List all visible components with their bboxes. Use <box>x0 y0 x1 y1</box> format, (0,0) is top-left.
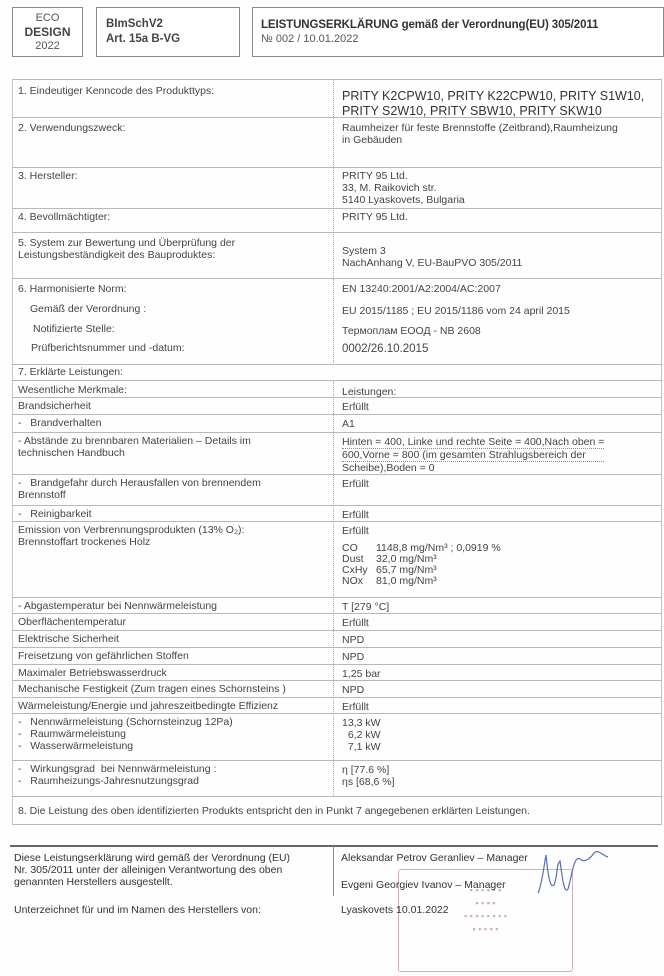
performance-value-line: Erfüllt <box>342 701 369 713</box>
characteristic-label: - Reinigbarkeit <box>18 508 92 520</box>
place-date: Lyaskovets 10.01.2022 <box>341 904 449 916</box>
s6-report-value: 0002/26.10.2015 <box>342 343 428 355</box>
row-divider <box>12 414 662 415</box>
column-divider <box>333 381 334 796</box>
performance-value-line: Erfüllt <box>342 525 501 537</box>
performance-value: Hinten = 400, Linke und rechte Seite = 4… <box>342 436 604 475</box>
footer-statement: Diese Leistungserklärung wird gemäß der … <box>14 852 290 888</box>
characteristic-label-line: - Raumheizungs-Jahresnutzungsgrad <box>18 775 216 787</box>
row-divider <box>12 521 662 522</box>
performance-value-line: A1 <box>342 418 355 430</box>
performance-value: Erfüllt <box>342 509 369 521</box>
characteristic-label: Brandsicherheit <box>18 400 91 412</box>
characteristic-label-line: Wärmeleistung/Energie und jahreszeitbedi… <box>18 700 278 712</box>
eco-line-1: ECO <box>13 11 82 25</box>
signatory-1: Aleksandar Petrov Geranliev – Manager <box>341 852 528 864</box>
row-divider <box>12 167 662 168</box>
s3-value-line: 5140 Lyaskovets, Bulgaria <box>342 194 465 206</box>
characteristic-label-line: - Brandgefahr durch Herausfallen von bre… <box>18 477 261 489</box>
row-divider <box>12 117 662 118</box>
characteristic-label-line: Oberflächentemperatur <box>18 616 126 628</box>
row-divider <box>12 697 662 698</box>
characteristic-label-line: - Wasserwärmeleistung <box>18 740 233 752</box>
s7-label: 7. Erklärte Leistungen: <box>18 366 123 378</box>
performance-value-line: T [279 °C] <box>342 601 389 613</box>
s6-regulation-value: EU 2015/1185 ; EU 2015/1186 vom 24 april… <box>342 305 570 317</box>
s6-report-label: Prüfberichtsnummer und -datum: <box>31 342 184 354</box>
row-divider <box>12 278 662 279</box>
performance-value-line: 13,3 kW <box>342 717 381 729</box>
row-divider <box>12 364 662 365</box>
s2-value-line: in Gebäuden <box>342 134 618 146</box>
performance-value: η [77.6 %]ηs [68,6 %] <box>342 764 395 788</box>
performance-value: NPD <box>342 651 364 663</box>
footer-column-divider <box>333 846 334 896</box>
performance-value: Erfüllt <box>342 617 369 629</box>
performance-value-line: NPD <box>342 634 364 646</box>
s3-value: PRITY 95 Ltd. 33, M. Raikovich str. 5140… <box>342 170 465 206</box>
emission-row: NOx81,0 mg/Nm³ <box>342 576 501 587</box>
column-divider <box>333 279 334 365</box>
s1-label: 1. Eindeutiger Kenncode des Produkttyps: <box>18 85 214 97</box>
s2-value-line: Raumheizer für feste Brennstoffe (Zeitbr… <box>342 122 618 134</box>
s6-label: 6. Harmonisierte Norm: <box>18 283 127 295</box>
s6-body-value: Термоплам ЕООД - NB 2608 <box>342 325 481 337</box>
norm-line-2: Art. 15a B-VG <box>106 32 239 47</box>
row-divider <box>12 208 662 209</box>
column-divider <box>333 80 334 285</box>
row-divider <box>12 680 662 681</box>
eco-line-2: DESIGN <box>13 25 82 39</box>
characteristic-label-line: technischen Handbuch <box>18 447 251 459</box>
row-divider <box>12 380 662 381</box>
performance-value: Erfüllt <box>342 401 369 413</box>
characteristic-label: Freisetzung von gefährlichen Stoffen <box>18 650 189 662</box>
performance-value-line: Erfüllt <box>342 509 369 521</box>
footer-statement-line: genannten Herstellers ausgestellt. <box>14 876 290 888</box>
performance-value-line: 7,1 kW <box>342 741 381 753</box>
s6-value: EN 13240:2001/A2:2004/AC:2007 <box>342 283 501 295</box>
row-divider <box>12 664 662 665</box>
footer-statement-line: Diese Leistungserklärung wird gemäß der … <box>14 852 290 864</box>
footer-signed-for: Unterzeichnet für und im Namen des Herst… <box>14 904 261 916</box>
characteristic-label-line: Brandsicherheit <box>18 400 91 412</box>
performance-value-line: Erfüllt <box>342 617 369 629</box>
characteristic-label-line: Brennstoff <box>18 489 261 501</box>
characteristic-label: - Abgastemperatur bei Nennwärmeleistung <box>18 600 217 612</box>
performance-value: 1,25 bar <box>342 668 381 680</box>
performance-value-line: Erfüllt <box>342 478 369 490</box>
performance-value: 13,3 kW 6,2 kW 7,1 kW <box>342 717 381 753</box>
performance-value: NPD <box>342 684 364 696</box>
signatory-2: Evgeni Georgiev Ivanov – Manager <box>341 879 506 891</box>
s3-label: 3. Hersteller: <box>18 170 78 182</box>
s3-value-line: 33, M. Raikovich str. <box>342 182 465 194</box>
s8-statement: 8. Die Leistung des oben identifizierten… <box>18 805 530 817</box>
s6-body-label: Notifizierte Stelle: <box>33 323 115 335</box>
row-divider <box>12 713 662 714</box>
row-divider <box>12 760 662 761</box>
norm-badge: BImSchV2 Art. 15a B-VG <box>96 7 240 57</box>
signature-icon <box>532 845 612 905</box>
characteristic-label: Oberflächentemperatur <box>18 616 126 628</box>
s5-value-line: System 3 <box>342 245 522 257</box>
row-divider <box>12 232 662 233</box>
characteristic-label: - Brandverhalten <box>18 417 101 429</box>
performance-value: ErfülltCO1148,8 mg/Nm³ ; 0,0919 %Dust32,… <box>342 525 501 587</box>
s5-label: 5. System zur Bewertung und Überprüfung … <box>18 237 235 261</box>
performance-value-line: 6,2 kW <box>342 729 381 741</box>
row-divider <box>12 647 662 648</box>
row-divider <box>12 630 662 631</box>
emission-value: 81,0 mg/Nm³ <box>376 576 501 587</box>
footer-statement-line: Nr. 305/2011 unter der alleinigen Verant… <box>14 864 290 876</box>
performance-value: Erfüllt <box>342 701 369 713</box>
performance-value-line: Hinten = 400, Linke und rechte Seite = 4… <box>342 436 604 449</box>
row-divider <box>12 79 662 80</box>
performance-value-line: 600,Vorne = 800 (im gesamten Strahlugsbe… <box>342 449 604 462</box>
characteristic-label-line: - Abgastemperatur bei Nennwärmeleistung <box>18 600 217 612</box>
s4-label: 4. Bevollmächtigter: <box>18 211 110 223</box>
document-number: № 002 / 10.01.2022 <box>261 33 663 45</box>
document-header: LEISTUNGSERKLÄRUNG gemäß der Verordnung(… <box>252 7 664 57</box>
characteristic-label-line: Brennstoffart trockenes Holz <box>18 536 244 548</box>
performance-value-line: NPD <box>342 651 364 663</box>
characteristic-label-line: - Raumwärmeleistung <box>18 728 233 740</box>
s7-col-left-header: Wesentliche Merkmale: <box>18 384 127 396</box>
s5-label-line: 5. System zur Bewertung und Überprüfung … <box>18 237 235 249</box>
characteristic-label-line: Freisetzung von gefährlichen Stoffen <box>18 650 189 662</box>
performance-value-line: η [77.6 %] <box>342 764 395 776</box>
s3-value-line: PRITY 95 Ltd. <box>342 170 465 182</box>
characteristic-label-line: - Nennwärmeleistung (Schornsteinzug 12Pa… <box>18 716 233 728</box>
document-title: LEISTUNGSERKLÄRUNG gemäß der Verordnung(… <box>261 19 663 31</box>
performance-value: Erfüllt <box>342 478 369 490</box>
characteristic-label: Emission von Verbrennungsprodukten (13% … <box>18 524 244 548</box>
performance-value-line: ηs [68,6 %] <box>342 776 395 788</box>
characteristic-label: Elektrische Sicherheit <box>18 633 119 645</box>
row-divider <box>12 432 662 433</box>
row-divider <box>12 796 662 797</box>
row-divider <box>12 613 662 614</box>
characteristic-label-line: Maximaler Betriebswasserdruck <box>18 667 167 679</box>
s5-value-line: NachAnhang V, EU-BauPVO 305/2011 <box>342 257 522 269</box>
s4-value: PRITY 95 Ltd. <box>342 211 408 223</box>
emission-gas: NOx <box>342 576 376 587</box>
s5-value: System 3 NachAnhang V, EU-BauPVO 305/201… <box>342 245 522 269</box>
performance-value-line: 1,25 bar <box>342 668 381 680</box>
characteristic-label: - Brandgefahr durch Herausfallen von bre… <box>18 477 261 501</box>
performance-value: T [279 °C] <box>342 601 389 613</box>
characteristic-label: - Wirkungsgrad bei Nennwärmeleistung :- … <box>18 763 216 787</box>
characteristic-label-line: - Reinigbarkeit <box>18 508 92 520</box>
s2-label: 2. Verwendungszweck: <box>18 122 125 134</box>
characteristic-label-line: - Abstände zu brennbaren Materialien – D… <box>18 435 251 447</box>
performance-value-line: NPD <box>342 684 364 696</box>
performance-value: NPD <box>342 634 364 646</box>
eco-design-badge: ECO DESIGN 2022 <box>12 7 83 57</box>
row-divider <box>12 397 662 398</box>
eco-line-3: 2022 <box>13 39 82 53</box>
characteristic-label: Mechanische Festigkeit (Zum tragen eines… <box>18 683 286 695</box>
row-divider <box>12 505 662 506</box>
characteristic-label: - Abstände zu brennbaren Materialien – D… <box>18 435 251 459</box>
row-divider <box>12 474 662 475</box>
emission-table: CO1148,8 mg/Nm³ ; 0,0919 %Dust32,0 mg/Nm… <box>342 543 501 587</box>
performance-value: A1 <box>342 418 355 430</box>
s2-value: Raumheizer für feste Brennstoffe (Zeitbr… <box>342 122 618 146</box>
characteristic-label-line: Mechanische Festigkeit (Zum tragen eines… <box>18 683 286 695</box>
s6-regulation-label: Gemäß der Verordnung : <box>30 303 146 315</box>
characteristic-label-line: Elektrische Sicherheit <box>18 633 119 645</box>
characteristic-label: Maximaler Betriebswasserdruck <box>18 667 167 679</box>
characteristic-label-line: Emission von Verbrennungsprodukten (13% … <box>18 524 244 536</box>
characteristic-label-line: - Brandverhalten <box>18 417 101 429</box>
performance-value-line: Erfüllt <box>342 401 369 413</box>
characteristic-label: - Nennwärmeleistung (Schornsteinzug 12Pa… <box>18 716 233 752</box>
row-divider <box>12 597 662 598</box>
s1-value: PRITY K2CPW10, PRITY K22CPW10, PRITY S1W… <box>342 89 644 119</box>
norm-line-1: BImSchV2 <box>106 17 239 32</box>
characteristic-label: Wärmeleistung/Energie und jahreszeitbedi… <box>18 700 278 712</box>
characteristic-label-line: - Wirkungsgrad bei Nennwärmeleistung : <box>18 763 216 775</box>
s5-label-line: Leistungsbeständigkeit des Bauproduktes: <box>18 249 235 261</box>
s1-value-line: PRITY K2CPW10, PRITY K22CPW10, PRITY S1W… <box>342 89 644 104</box>
